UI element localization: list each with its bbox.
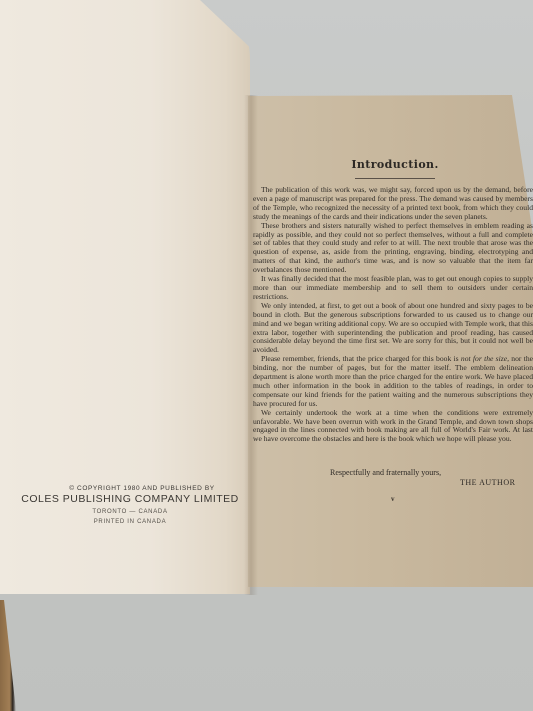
closing-salutation: Respectfully and fraternally yours, — [330, 468, 441, 477]
page-number: v — [391, 495, 395, 503]
signature: THE AUTHOR — [460, 478, 515, 487]
page-title: Introduction. — [320, 158, 470, 171]
paragraph: We only intended, at first, to get out a… — [253, 302, 533, 355]
introduction-body: The publication of this work was, we mig… — [253, 186, 533, 444]
paragraph-price: Please remember, friends, that the price… — [253, 355, 533, 408]
publisher-location: TORONTO — CANADA — [0, 509, 260, 515]
title-divider — [355, 178, 435, 179]
paragraph: We certainly undertook the work at a tim… — [253, 409, 533, 445]
paragraph: It was finally decided that the most fea… — [253, 275, 533, 302]
publisher-name: COLES PUBLISHING COMPANY LIMITED — [0, 493, 260, 505]
price-lead: Please remember, friends, that the price… — [261, 354, 459, 363]
copyright-line: © COPYRIGHT 1980 AND PUBLISHED BY — [12, 485, 272, 492]
price-emphasis: not for the size, — [461, 354, 509, 363]
paragraph: These brothers and sisters naturally wis… — [253, 222, 533, 275]
price-rest: nor the binding, nor the number of pages… — [253, 354, 533, 408]
copyright-block: © COPYRIGHT 1980 AND PUBLISHED BY COLES … — [0, 485, 260, 525]
printed-in: PRINTED IN CANADA — [0, 519, 260, 525]
paragraph: The publication of this work was, we mig… — [253, 186, 533, 222]
